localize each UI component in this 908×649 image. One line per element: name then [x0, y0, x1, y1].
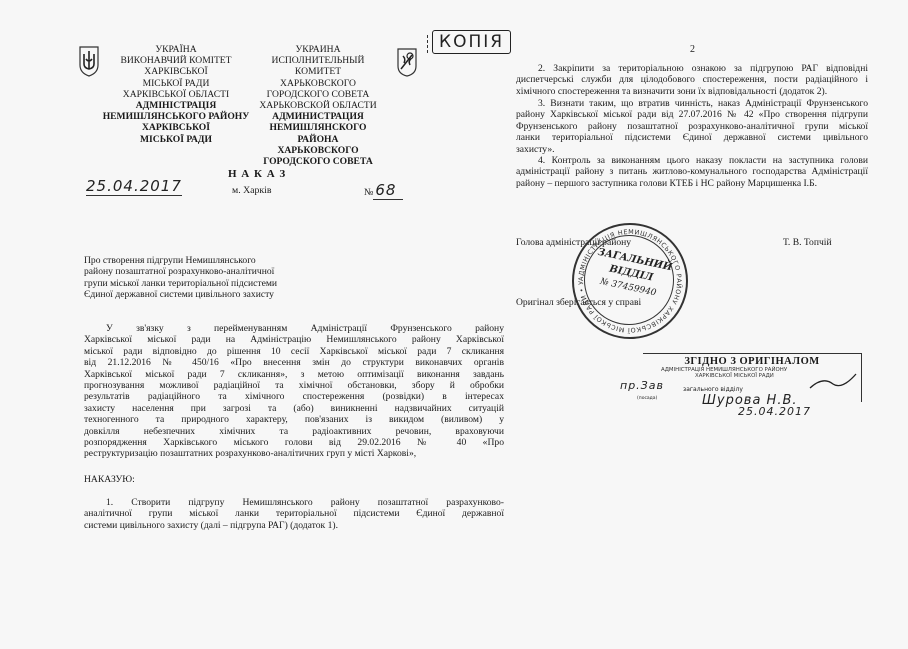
subject-line: групи міської ланки територіальної підси…	[84, 278, 304, 289]
signature-name: Т. В. Топчій	[783, 237, 832, 248]
item-line: адміністрації району з питань житлово-ко…	[516, 166, 868, 177]
letterhead-line: НЕМИШЛЯНСЬКОГО РАЙОНУ	[92, 111, 260, 122]
letterhead-line: ИСПОЛНИТЕЛЬНЫЙ КОМИТЕТ	[250, 55, 386, 77]
letterhead-line: УКРАЇНА	[92, 44, 260, 55]
item-line: захисту».	[516, 144, 868, 155]
preamble-line: міської ради відповідно до рішення 10 се…	[84, 346, 504, 357]
item-4: 4. Контроль за виконанням цього наказу п…	[516, 155, 868, 189]
certify-position-caption: (посада)	[637, 396, 657, 401]
letterhead-line: МІСЬКОЇ РАДИ	[92, 134, 260, 145]
item-line: 2. Закріпити за територіальною ознакою з…	[516, 63, 868, 74]
item-line: хімічного спостереження та визначити зон…	[516, 86, 868, 97]
letterhead-line: ХАРКІВСЬКОЇ ОБЛАСТІ	[92, 89, 260, 100]
item-2: 2. Закріпити за територіальною ознакою з…	[516, 63, 868, 97]
ukrainian-letterhead: УКРАЇНА ВИКОНАВЧИЙ КОМІТЕТ ХАРКІВСЬКОЇ М…	[92, 44, 260, 145]
preamble-line: реструктуризацію позаштатних розрахунков…	[84, 448, 504, 459]
item-1: 1. Створити підгрупу Немишлянського райо…	[84, 497, 504, 531]
preamble-line: техногенного та природного характеру, по…	[84, 414, 504, 425]
letterhead-line: ХАРЬКОВСКОЙ ОБЛАСТИ	[250, 100, 386, 111]
item-line: аналітичної групи міської ланки територі…	[84, 508, 504, 519]
certify-role-printed: загального відділу	[683, 386, 743, 393]
letterhead-line: ХАРКІВСЬКОЇ	[92, 66, 260, 77]
preamble-line: результатів радіаційного та хімічного сп…	[84, 391, 504, 402]
item-line: системи цивільного захисту (далі – підгр…	[84, 520, 504, 531]
item-line: 1. Створити підгрупу Немишлянського райо…	[84, 497, 504, 508]
number-value: 68	[373, 181, 403, 200]
subject-line: Єдиної державної системи цивільного захи…	[84, 289, 304, 300]
item-line: району – першого заступника голови КТЕБ …	[516, 178, 868, 189]
document-title: Н А К А З	[228, 168, 286, 180]
item-3: 3. Визнати таким, що втратив чинність, н…	[516, 98, 868, 155]
russian-letterhead: УКРАИНА ИСПОЛНИТЕЛЬНЫЙ КОМИТЕТ ХАРЬКОВСК…	[250, 44, 386, 167]
preamble-line: прогнозування можливої радіаційної та хі…	[84, 380, 504, 391]
letterhead-line: АДМИНИСТРАЦИЯ	[250, 111, 386, 122]
letterhead-line: ХАРКІВСЬКОЇ	[92, 122, 260, 133]
order-number: №68	[364, 181, 403, 200]
letterhead-line: ГОРОДСКОГО СОВЕТА	[250, 89, 386, 100]
kharkiv-coat-of-arms-icon	[396, 47, 418, 77]
letterhead-line: ВИКОНАВЧИЙ КОМІТЕТ	[92, 55, 260, 66]
certify-signature-icon	[808, 372, 858, 397]
preamble-line: довкілля небезпечних хімічних та радіоак…	[84, 426, 504, 437]
certify-title: ЗГІДНО З ОРИГІНАЛОМ	[643, 356, 861, 367]
number-label: №	[364, 187, 373, 198]
preamble-line: У зв'язку з перейменуванням Адміністраці…	[84, 323, 504, 334]
preamble: У зв'язку з перейменуванням Адміністраці…	[84, 323, 504, 460]
item-line: ланки територіальної підсистеми Єдиної д…	[516, 132, 868, 143]
subject-line: району позаштатної розрахунково-аналітич…	[84, 266, 304, 277]
preamble-line: розпорядження Харківського міського голо…	[84, 437, 504, 448]
item-line: диспетчерські служби для цілодобового сп…	[516, 74, 868, 85]
order-date: 25.04.2017	[86, 177, 182, 196]
preamble-line: Харківської міської ради 7 скликання», з…	[84, 369, 504, 380]
round-seal-stamp: АДМІНІСТРАЦІЯ НЕМИШЛЯНСЬКОГО РАЙОНУ ХАРК…	[572, 223, 688, 339]
page-number: 2	[690, 44, 695, 55]
item-line: 3. Визнати таким, що втратив чинність, н…	[516, 98, 868, 109]
preamble-line: від 21.12.2016 № 450/16 «Про внесення зм…	[84, 357, 504, 368]
page-1: УКРАЇНА ВИКОНАВЧИЙ КОМІТЕТ ХАРКІВСЬКОЇ М…	[0, 0, 520, 649]
letterhead-line: ГОРОДСКОГО СОВЕТА	[250, 156, 386, 167]
letterhead-line: ХАРЬКОВСКОГО	[250, 145, 386, 156]
item-line: Фрунзенського району позаштатної розраху…	[516, 121, 868, 132]
copy-stamp: КОПІЯ	[432, 30, 511, 54]
certify-date-handwritten: 25.04.2017	[738, 405, 811, 418]
item-line: району Харківської міської ради від 27.0…	[516, 109, 868, 120]
letterhead-line: УКРАИНА	[250, 44, 386, 55]
certify-role-handwritten: пр.Зав	[620, 379, 664, 392]
order-subject: Про створення підгрупи Немишлянського ра…	[84, 255, 304, 301]
order-word: НАКАЗУЮ:	[84, 474, 135, 485]
letterhead-line: МІСЬКОЇ РАДИ	[92, 78, 260, 89]
page-2: 2 2. Закріпити за територіальною ознакою…	[510, 0, 908, 649]
order-city: м. Харків	[232, 185, 272, 196]
subject-line: Про створення підгрупи Немишлянського	[84, 255, 304, 266]
letterhead-line: АДМІНІСТРАЦІЯ	[92, 100, 260, 111]
preamble-line: захисту населення при загрозі та (або) в…	[84, 403, 504, 414]
letterhead-line: НЕМИШЛЯНСКОГО РАЙОНА	[250, 122, 386, 144]
preamble-line: Харківської міської ради на Адміністраці…	[84, 334, 504, 345]
letterhead-line: ХАРЬКОВСКОГО	[250, 78, 386, 89]
item-line: 4. Контроль за виконанням цього наказу п…	[516, 155, 868, 166]
